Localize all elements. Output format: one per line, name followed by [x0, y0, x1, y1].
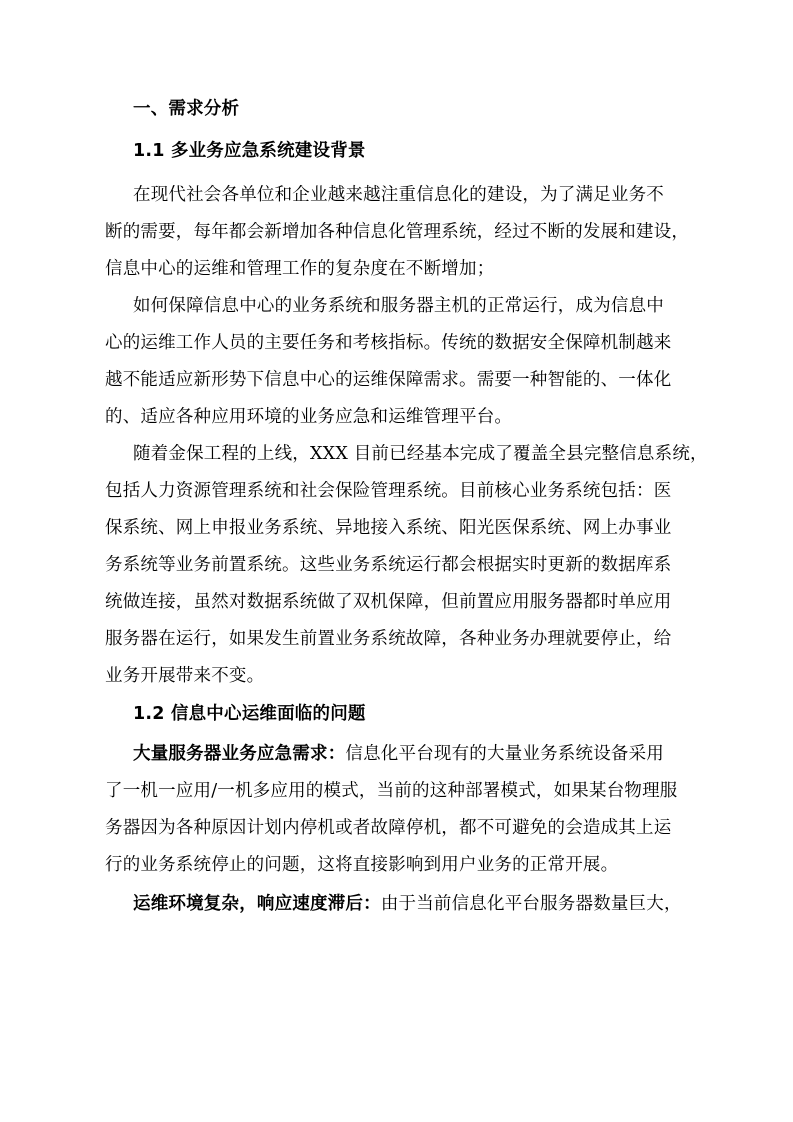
paragraph-line: 务系统等业务前置系统。这些业务系统运行都会根据实时更新的数据库系	[105, 554, 671, 576]
paragraph-line: 断的需要，每年都会新增加各种信息化管理系统，经过不断的发展和建设，	[105, 221, 689, 243]
paragraph-text: 由于当前信息化平台服务器数量巨大，	[381, 894, 682, 914]
paragraph-line: 随着金保工程的上线，XXX 目前已经基本完成了覆盖全县完整信息系统，	[133, 443, 708, 465]
paragraph-line: 统做连接，虽然对数据系统做了双机保障，但前置应用服务器都时单应用	[105, 591, 671, 613]
heading-1: 一、需求分析	[133, 98, 239, 120]
paragraph-line: 大量服务器业务应急需求：信息化平台现有的大量业务系统设备采用	[133, 743, 664, 765]
paragraph-line: 运维环境复杂，响应速度滞后：由于当前信息化平台服务器数量巨大，	[133, 893, 682, 915]
paragraph-line: 的、适应各种应用环境的业务应急和运维管理平台。	[105, 406, 512, 428]
section-1-1-title: 1.1 多业务应急系统建设背景	[133, 140, 366, 162]
bold-lead: 运维环境复杂，响应速度滞后：	[133, 894, 381, 914]
paragraph-line: 信息中心的运维和管理工作的复杂度在不断增加；	[105, 258, 494, 280]
paragraph-line: 业务开展带来不变。	[105, 665, 264, 687]
paragraph-line: 心的运维工作人员的主要任务和考核指标。传统的数据安全保障机制越来	[105, 332, 671, 354]
paragraph-line: 了一机一应用/一机多应用的模式，当前的这种部署模式，如果某台物理服	[105, 780, 678, 802]
bold-lead: 大量服务器业务应急需求：	[133, 744, 345, 764]
paragraph-line: 保系统、网上申报业务系统、异地接入系统、阳光医保系统、网上办事业	[105, 517, 671, 539]
paragraph-line: 如何保障信息中心的业务系统和服务器主机的正常运行，成为信息中	[133, 295, 664, 317]
paragraph-line: 在现代社会各单位和企业越来越注重信息化的建设，为了满足业务不	[133, 184, 664, 206]
paragraph-line: 越不能适应新形势下信息中心的运维保障需求。需要一种智能的、一体化	[105, 369, 671, 391]
paragraph-line: 服务器在运行，如果发生前置业务系统故障，各种业务办理就要停止，给	[105, 628, 671, 650]
paragraph-line: 行的业务系统停止的问题，这将直接影响到用户业务的正常开展。	[105, 854, 618, 876]
paragraph-line: 包括人力资源管理系统和社会保险管理系统。目前核心业务系统包括：医	[105, 480, 671, 502]
section-1-2-title: 1.2 信息中心运维面临的问题	[133, 703, 366, 725]
paragraph-text: 信息化平台现有的大量业务系统设备采用	[345, 744, 664, 764]
paragraph-line: 务器因为各种原因计划内停机或者故障停机，都不可避免的会造成其上运	[105, 817, 671, 839]
